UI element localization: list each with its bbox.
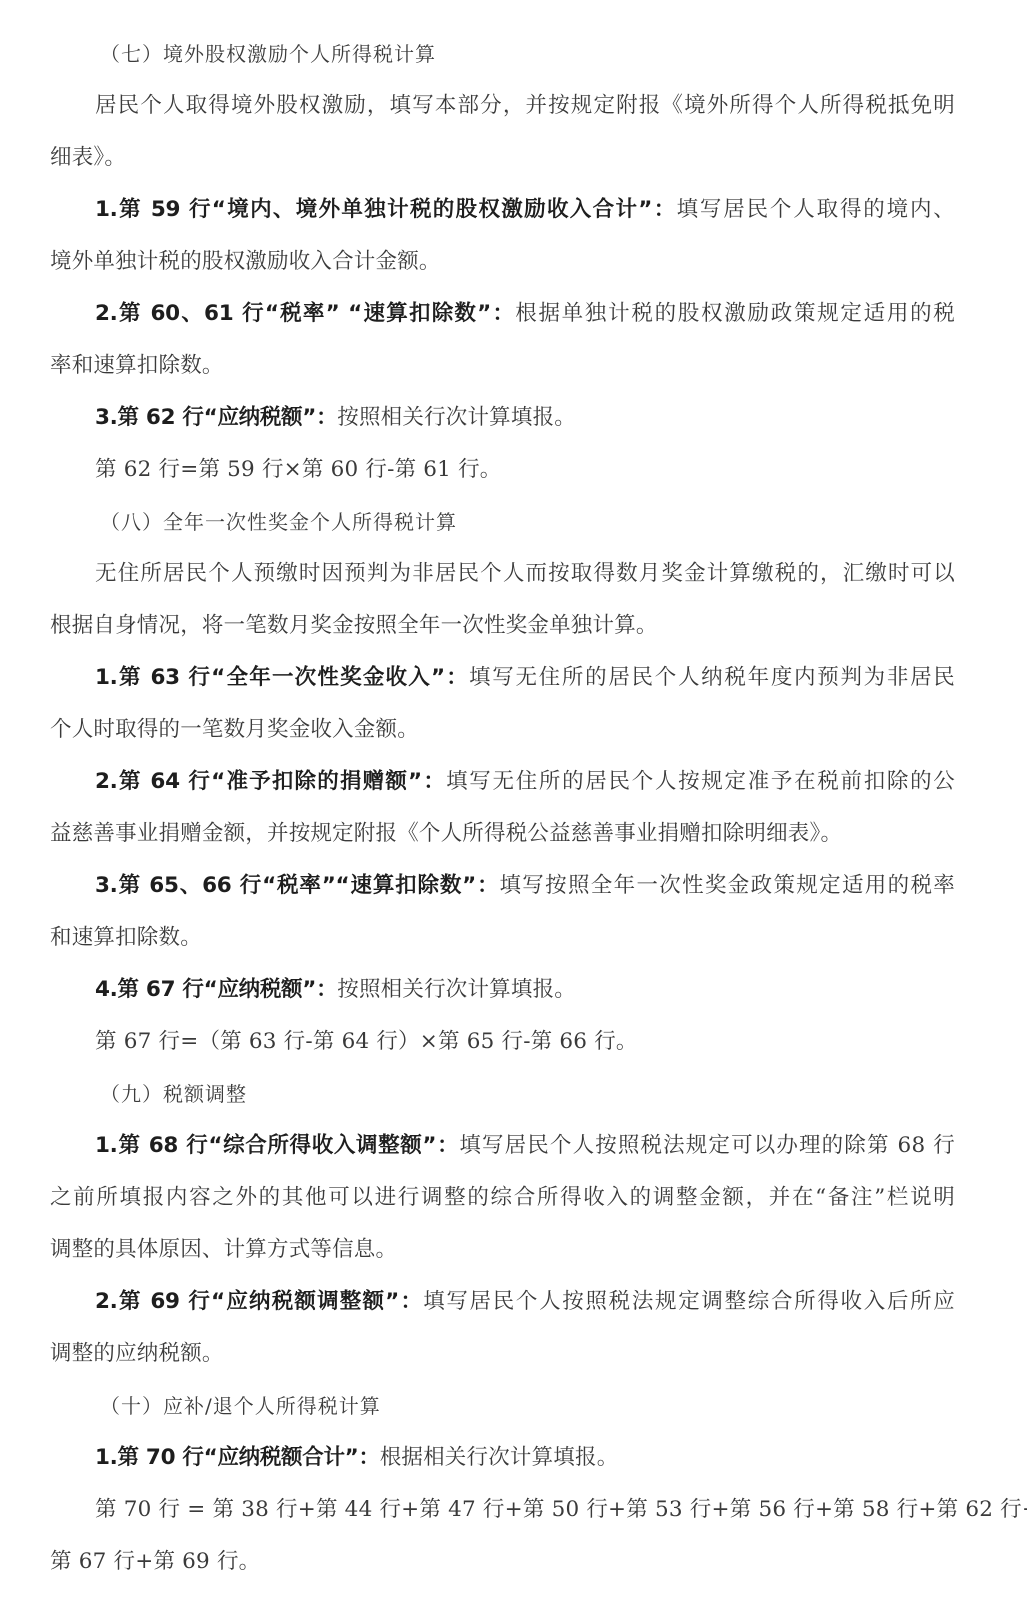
item-label: 2.第 69 行“应纳税额调整额”： [95,1289,423,1314]
item-text: 填写居民个人按照税法规定可以办理的除第 68 行 [459,1133,955,1158]
formula-line: 第 70 行 = 第 38 行+第 44 行+第 47 行+第 50 行+第 5… [50,1484,955,1536]
section-heading: （九）税额调整 [50,1068,955,1120]
paragraph-line: 根据自身情况，将一笔数月奖金按照全年一次性奖金单独计算。 [50,600,955,652]
section-heading: （八）全年一次性奖金个人所得税计算 [50,496,955,548]
item-label: 1.第 59 行“境内、境外单独计税的股权激励收入合计”： [95,197,677,222]
item-line: 2.第 69 行“应纳税额调整额”：填写居民个人按照税法规定调整综合所得收入后所… [50,1276,955,1328]
item-text: 填写按照全年一次性奖金政策规定适用的税率 [499,873,955,898]
item-label: 1.第 70 行“应纳税额合计”： [95,1445,380,1470]
item-line: 1.第 63 行“全年一次性奖金收入”：填写无住所的居民个人纳税年度内预判为非居… [50,652,955,704]
item-text: 填写居民个人取得的境内、 [677,197,955,222]
item-text: 根据单独计税的股权激励政策规定适用的税 [515,301,955,326]
item-label: 3.第 62 行“应纳税额”： [95,405,337,430]
item-line: 个人时取得的一笔数月奖金收入金额。 [50,704,955,756]
item-line: 调整的具体原因、计算方式等信息。 [50,1224,955,1276]
item-line: 3.第 65、66 行“税率”“速算扣除数”：填写按照全年一次性奖金政策规定适用… [50,860,955,912]
formula-line: 第 67 行=（第 63 行-第 64 行）×第 65 行-第 66 行。 [50,1016,955,1068]
item-text: 根据相关行次计算填报。 [380,1445,619,1470]
item-label: 2.第 60、61 行“税率” “速算扣除数”： [95,301,515,326]
item-text: 按照相关行次计算填报。 [337,405,576,430]
formula-line: 第 62 行=第 59 行×第 60 行-第 61 行。 [50,444,955,496]
item-line: 2.第 60、61 行“税率” “速算扣除数”：根据单独计税的股权激励政策规定适… [50,288,955,340]
item-line: 之前所填报内容之外的其他可以进行调整的综合所得收入的调整金额，并在“备注”栏说明 [50,1172,955,1224]
item-line: 2.第 64 行“准予扣除的捐赠额”：填写无住所的居民个人按规定准予在税前扣除的… [50,756,955,808]
item-line: 1.第 68 行“综合所得收入调整额”：填写居民个人按照税法规定可以办理的除第 … [50,1120,955,1172]
item-line: 和速算扣除数。 [50,912,955,964]
paragraph-line: 居民个人取得境外股权激励，填写本部分，并按规定附报《境外所得个人所得税抵免明 [50,80,955,132]
item-text: 填写居民个人按照税法规定调整综合所得收入后所应 [423,1289,955,1314]
item-text: 填写无住所的居民个人按规定准予在税前扣除的公 [446,769,955,794]
paragraph-line: 细表》。 [50,132,955,184]
item-label: 3.第 65、66 行“税率”“速算扣除数”： [95,873,499,898]
item-line: 3.第 62 行“应纳税额”：按照相关行次计算填报。 [50,392,955,444]
item-label: 2.第 64 行“准予扣除的捐赠额”： [95,769,446,794]
item-text: 填写无住所的居民个人纳税年度内预判为非居民 [469,665,955,690]
item-text: 按照相关行次计算填报。 [337,977,576,1002]
section-heading: （十）应补/退个人所得税计算 [50,1380,955,1432]
item-label: 4.第 67 行“应纳税额”： [95,977,337,1002]
paragraph-line: 无住所居民个人预缴时因预判为非居民个人而按取得数月奖金计算缴税的，汇缴时可以 [50,548,955,600]
item-line: 益慈善事业捐赠金额，并按规定附报《个人所得税公益慈善事业捐赠扣除明细表》。 [50,808,955,860]
item-line: 境外单独计税的股权激励收入合计金额。 [50,236,955,288]
item-line: 1.第 70 行“应纳税额合计”：根据相关行次计算填报。 [50,1432,955,1484]
item-line: 4.第 67 行“应纳税额”：按照相关行次计算填报。 [50,964,955,1016]
item-line: 率和速算扣除数。 [50,340,955,392]
formula-line: 第 67 行+第 69 行。 [50,1536,955,1588]
item-line: 调整的应纳税额。 [50,1328,955,1380]
section-heading: （七）境外股权激励个人所得税计算 [50,28,955,80]
item-line: 1.第 59 行“境内、境外单独计税的股权激励收入合计”：填写居民个人取得的境内… [50,184,955,236]
item-label: 1.第 68 行“综合所得收入调整额”： [95,1133,459,1158]
document-page: （七）境外股权激励个人所得税计算 居民个人取得境外股权激励，填写本部分，并按规定… [50,28,955,1588]
item-label: 1.第 63 行“全年一次性奖金收入”： [95,665,469,690]
